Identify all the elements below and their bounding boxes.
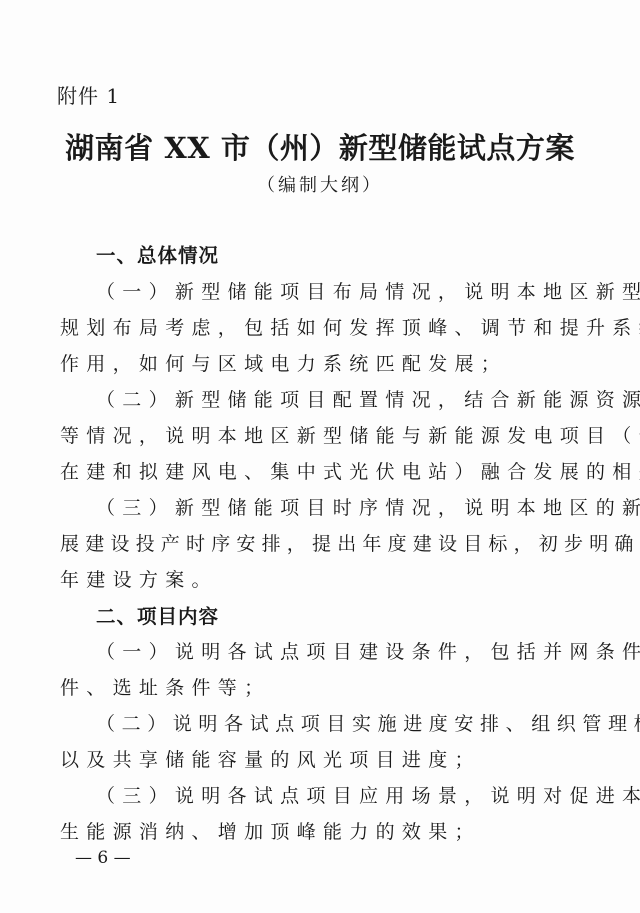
- paragraph-line: 作用，如何与区域电力系统匹配发展；: [60, 349, 507, 376]
- paragraph-line: 年建设方案。: [60, 565, 218, 592]
- paragraph-line: （三）新型储能项目时序情况，说明本地区的新型储能发: [96, 493, 640, 520]
- section-heading: 一、总体情况: [96, 240, 219, 268]
- attachment-label: 附件 1: [57, 80, 120, 109]
- document-title: 湖南省 XX 市（州）新型储能试点方案: [0, 126, 640, 167]
- document-subtitle: （编制大纲）: [0, 171, 640, 197]
- paragraph-line: （二）说明各试点项目实施进度安排、组织管理机构设置，: [96, 709, 640, 736]
- paragraph-line: 在建和拟建风电、集中式光伏电站）融合发展的相关考虑；: [60, 457, 640, 484]
- paragraph-line: 规划布局考虑，包括如何发挥顶峰、调节和提升系统运行效率: [60, 313, 640, 340]
- paragraph-line: 等情况，说明本地区新型储能与新能源发电项目（包括已建成、: [60, 421, 640, 448]
- section-heading: 二、项目内容: [96, 601, 219, 629]
- paragraph-line: （一）说明各试点项目建设条件，包括并网条件、用地条: [96, 637, 640, 664]
- paragraph-line: （一）新型储能项目布局情况，说明本地区新型储能整体: [96, 277, 640, 304]
- paragraph-line: 件、选址条件等；: [60, 673, 270, 700]
- paragraph-line: （三）说明各试点项目应用场景，说明对促进本地区可再: [96, 781, 640, 808]
- page-number: — 6 —: [75, 848, 131, 868]
- paragraph-line: （二）新型储能项目配置情况，结合新能源资源开发利用: [96, 385, 640, 412]
- paragraph-line: 展建设投产时序安排，提出年度建设目标，初步明确 2022-2023: [60, 529, 640, 556]
- paragraph-line: 以及共享储能容量的风光项目进度；: [60, 745, 481, 772]
- paragraph-line: 生能源消纳、增加顶峰能力的效果；: [60, 817, 481, 844]
